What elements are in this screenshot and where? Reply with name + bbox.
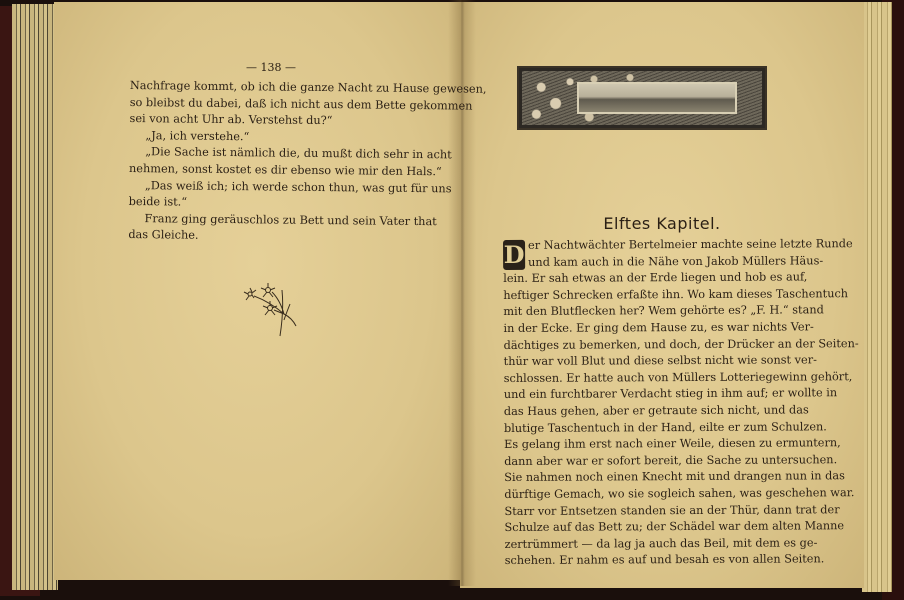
text-line: das Haus gehen, aber er getraute sich ni…	[504, 402, 796, 420]
page-edges-left	[12, 4, 58, 590]
right-page-text: D er Nachtwächter Bertelmeier machte sei…	[503, 236, 797, 569]
text-line: Es gelang ihm erst nach einer Weile, die…	[504, 436, 796, 454]
text-line: das Gleiche.	[128, 227, 416, 247]
text-line: und ein furchtbarer Verdacht stieg in ih…	[504, 386, 796, 404]
flower-sprig-icon	[240, 280, 300, 340]
page-number: — 138 —	[246, 60, 296, 77]
text-line: schlossen. Er hatte auch von Müllers Lot…	[504, 369, 796, 387]
text-line: Starr vor Entsetzen standen sie an der T…	[504, 502, 796, 520]
text-line: schehen. Er nahm es auf und besah es von…	[505, 552, 797, 570]
text-line: mit den Blutflecken her? Wem gehörte es?…	[503, 303, 795, 321]
text-line: Sie nahmen noch einen Knecht mit und dra…	[504, 469, 796, 487]
text-line: dächtiges zu bemerken, und doch, der Drü…	[504, 336, 796, 354]
text-line: zertrümmert — da lag ja auch das Beil, m…	[505, 535, 797, 553]
left-page-text: Nachfrage kommt, ob ich die ganze Nacht …	[128, 78, 418, 247]
text-line: er Nachtwächter Bertelmeier machte seine…	[503, 236, 795, 254]
text-line: thür war voll Blut und diese selbst nich…	[504, 353, 796, 371]
chapter-header-illustration	[517, 66, 767, 130]
text-line: in der Ecke. Er ging dem Hause zu, es wa…	[503, 319, 795, 337]
text-line: heftiger Schrecken erfaßte ihn. Wo kam d…	[503, 286, 795, 304]
text-line: Schulze auf das Bett zu; der Schädel war…	[504, 519, 796, 537]
page-edges-right	[862, 2, 892, 592]
drop-cap: D	[503, 240, 525, 270]
chapter-title: Elftes Kapitel.	[460, 214, 864, 233]
landscape-scene	[577, 82, 737, 114]
text-line: dann aber war er sofort bereit, die Sach…	[504, 452, 796, 470]
text-line: blutige Taschentuch in der Hand, eilte e…	[504, 419, 796, 437]
text-line: und kam auch in die Nähe von Jakob Mülle…	[503, 253, 795, 271]
text-line: lein. Er sah etwas an der Erde liegen un…	[503, 270, 795, 288]
text-line: dürftige Gemach, wo sie sogleich sahen, …	[504, 485, 796, 503]
